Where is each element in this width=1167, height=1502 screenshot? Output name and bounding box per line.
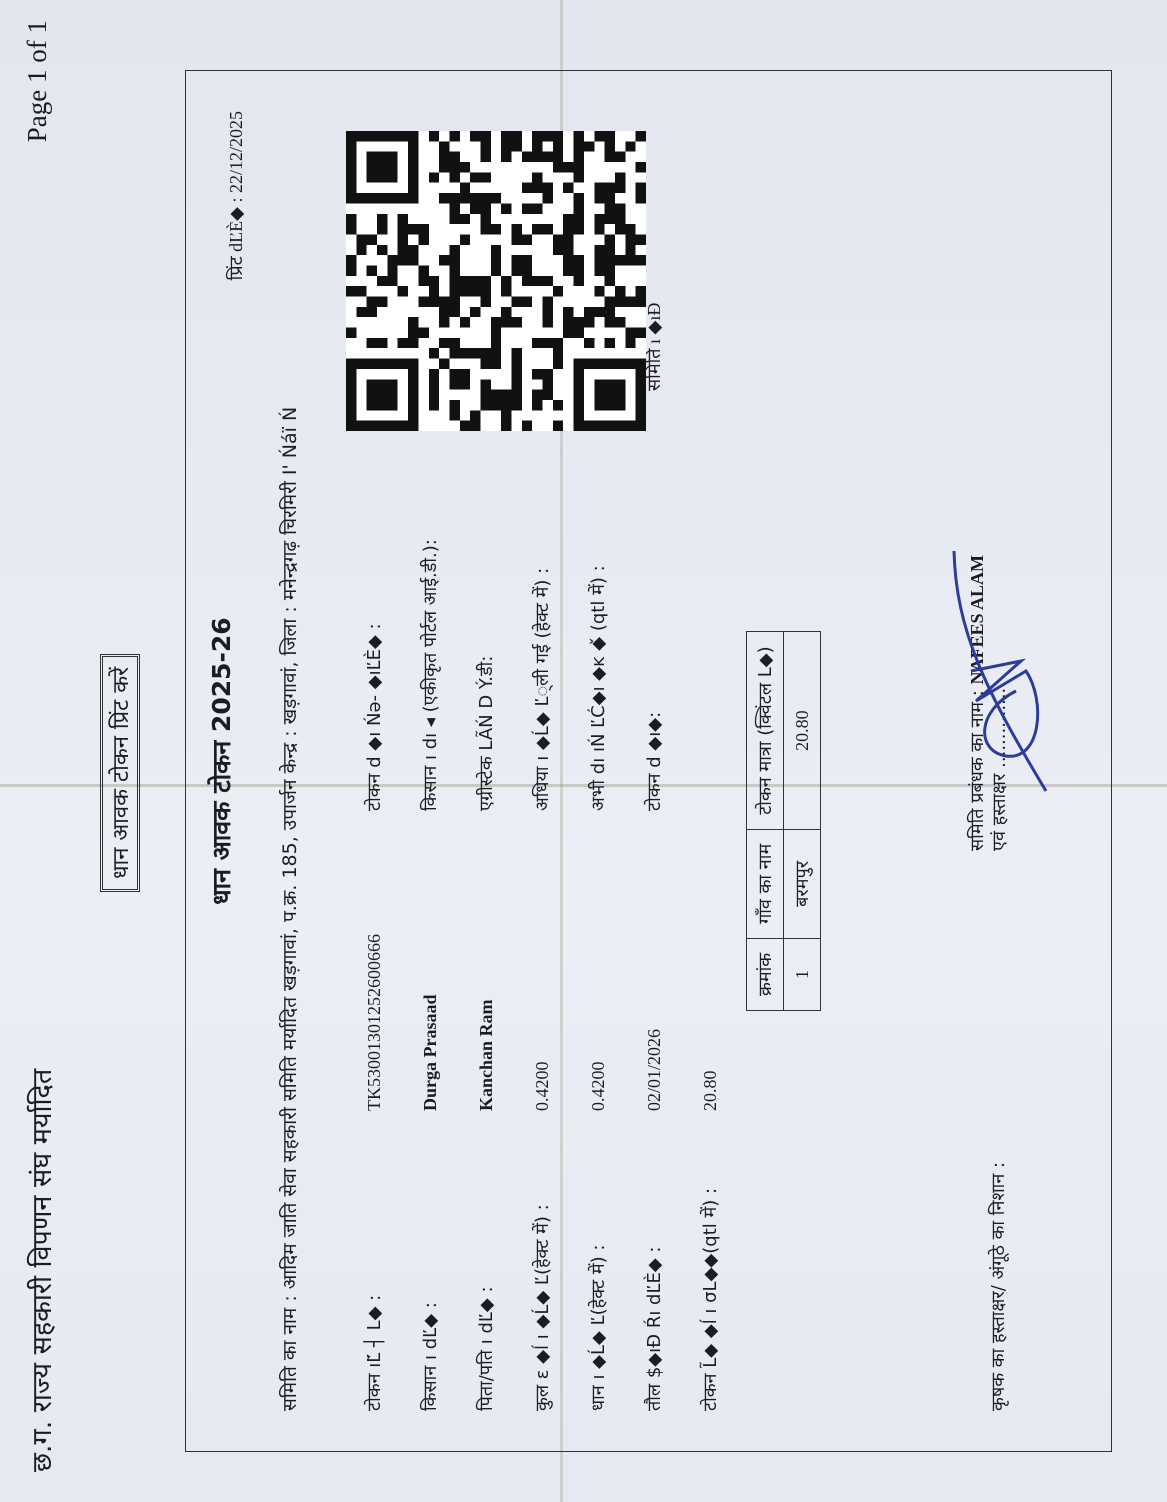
field-value: Kanchan Ram: [476, 811, 497, 1111]
village-table: क्रमांकगाँव का नामटोकन मात्रा (क्विंटल L…: [746, 631, 821, 1011]
samiti-line: समिति का नाम : आदिम जाति सेवा सहकारी समि…: [276, 407, 302, 1411]
field-label: तौल $◆ıĐ Ŕı dĽÈ◆ :: [642, 1111, 666, 1411]
field-label-2: एग्रीस्टेक LÃŃ D Ý.डी:: [474, 391, 498, 811]
field-label-2: टोकन d ◆ı◆:: [642, 391, 666, 811]
field-row: टोकन L̃◆ ◆ĺ ı σL◆◆(qtl में) :20.80: [682, 111, 738, 1411]
page-indicator: Page 1 of 1: [22, 20, 53, 142]
field-value: 20.80: [700, 811, 721, 1111]
token-paper: छ.ग. राज्य सहकारी विपणन संघ मर्यादित Pag…: [0, 0, 1167, 1502]
table-cell: 1: [784, 938, 821, 1010]
field-label-2: अधिया ı ◆Ĺ◆ Ľ्ली गई (हेक्ट में) :: [530, 391, 554, 811]
table-cell: 20.80: [784, 632, 821, 829]
field-label: टोकन ıĽ̆ ┤ L◆ :: [362, 1111, 386, 1411]
table-row: 1बरमपुर20.80: [784, 632, 821, 1011]
field-label-2: टोकन d ◆ı Ńə- ◆ıĽÈ◆ :: [362, 391, 386, 811]
field-label-2: अभी dı ıŃ ĽĆ◆ı ◆ĸ ◆̌ (qtl में) :: [586, 391, 610, 811]
field-label: टोकन L̃◆ ◆ĺ ı σL◆◆(qtl में) :: [698, 1111, 722, 1411]
table-header: टोकन मात्रा (क्विंटल L◆): [747, 632, 784, 829]
field-value: TK53001301252600666: [364, 811, 385, 1111]
print-date-label: प्रिंट dĽÈ◆ :: [226, 198, 246, 281]
print-date: प्रिंट dĽÈ◆ : 22/12/2025: [224, 111, 248, 280]
token-frame: धान आवक टोकन 2025-26 प्रिंट dĽÈ◆ : 22/12…: [185, 70, 1112, 1452]
table-header: गाँव का नाम: [747, 829, 784, 938]
field-label: किसान ı dĽ◆ :: [418, 1111, 442, 1411]
field-value: 0.4200: [532, 811, 553, 1111]
farmer-signature-label: कृषक का हस्ताक्षर/ अंगूठे का निशान :: [986, 1162, 1010, 1411]
field-value: 0.4200: [588, 811, 609, 1111]
field-value: 02/01/2026: [644, 811, 665, 1111]
field-value: Durga Prasaad: [420, 811, 441, 1111]
org-header: छ.ग. राज्य सहकारी विपणन संघ मर्यादित: [22, 1069, 59, 1472]
field-label: धान ı ◆Ĺ◆ Ľ(हेक्ट में) :: [586, 1111, 610, 1411]
table-header: क्रमांक: [747, 938, 784, 1010]
field-label-2: किसान ı dı ◂ (एकीकृत पोर्टल आई.डी.):: [418, 391, 442, 811]
qr-code: [346, 131, 646, 431]
table-cell: बरमपुर: [784, 829, 821, 938]
field-label: पिता/पति ı dĽ◆ :: [474, 1111, 498, 1411]
print-token-heading: धान आवक टोकन प्रिंट करें: [100, 654, 140, 892]
field-label: कुल ε ◆ĺ ı ◆Ĺ◆ Ľ(हेक्ट में) :: [530, 1111, 554, 1411]
pen-signature-icon: [946, 511, 1066, 811]
print-date-value: 22/12/2025: [226, 111, 246, 193]
